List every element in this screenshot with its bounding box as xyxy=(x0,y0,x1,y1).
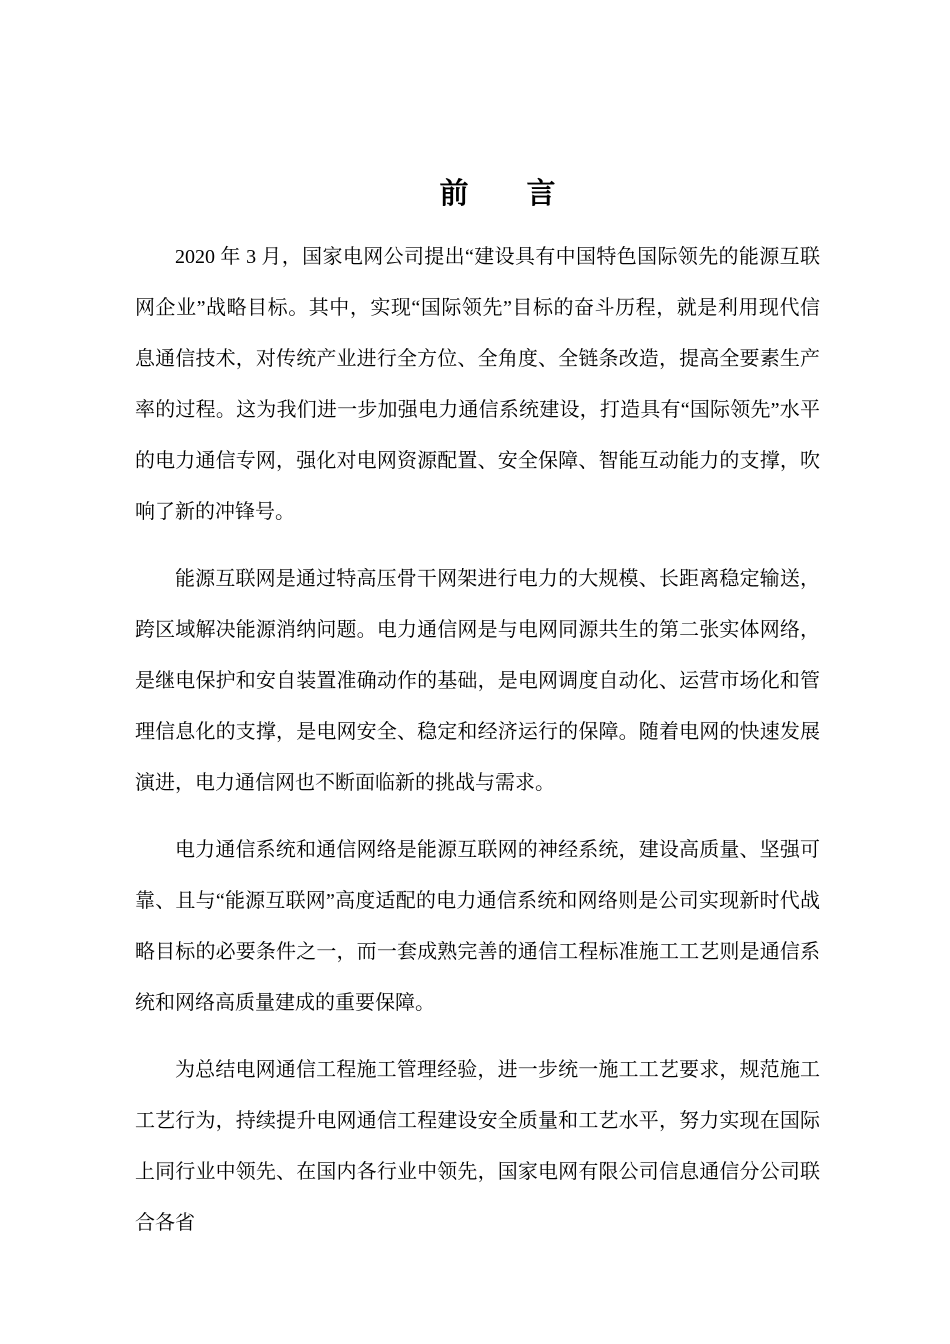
paragraph-energy-internet: 能源互联网是通过特高压骨干网架进行电力的大规模、长距离稳定输送，跨区域解决能源消… xyxy=(135,554,820,809)
document-page: 前 言 2020 年 3 月，国家电网公司提出“建设具有中国特色国际领先的能源互… xyxy=(0,0,950,1344)
paragraph-nervous-system: 电力通信系统和通信网络是能源互联网的神经系统，建设高质量、坚强可靠、且与“能源互… xyxy=(135,825,820,1029)
page-title: 前 言 xyxy=(135,0,820,216)
paragraph-strategy-goal: 2020 年 3 月，国家电网公司提出“建设具有中国特色国际领先的能源互联网企业… xyxy=(135,232,820,538)
paragraph-summary-experience: 为总结电网通信工程施工管理经验，进一步统一施工工艺要求，规范施工工艺行为，持续提… xyxy=(135,1045,820,1249)
